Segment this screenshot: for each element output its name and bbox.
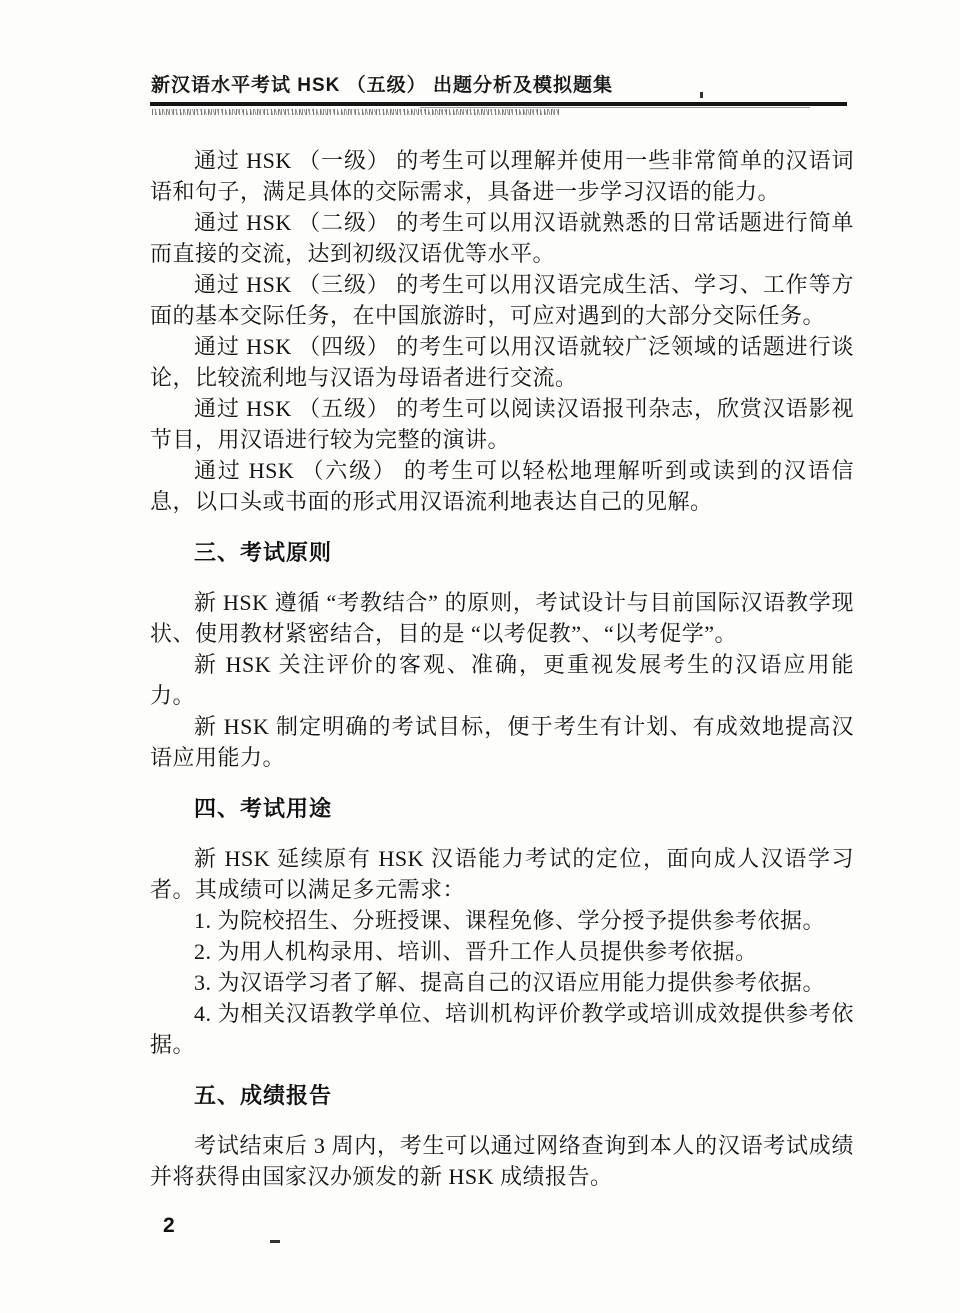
page-content: 通过 HSK （一级） 的考生可以理解并使用一些非常简单的汉语词语和句子，满足具… bbox=[150, 145, 854, 1192]
book-page: 新汉语水平考试 HSK （五级） 出题分析及模拟题集 通过 HSK （一级） 的… bbox=[0, 0, 960, 1313]
paragraph-uses-intro: 新 HSK 延续原有 HSK 汉语能力考试的定位，面向成人汉语学习者。其成绩可以… bbox=[150, 843, 854, 905]
uses-numbered-list: 1. 为院校招生、分班授课、课程免修、学分授予提供参考依据。 2. 为用人机构录… bbox=[150, 905, 854, 1060]
section-heading-exam-uses: 四、考试用途 bbox=[150, 794, 854, 824]
section-heading-score-report: 五、成绩报告 bbox=[150, 1081, 854, 1111]
paragraph-hsk-level-2: 通过 HSK （二级） 的考生可以用汉语就熟悉的日常话题进行简单而直接的交流，达… bbox=[150, 207, 854, 269]
section-heading-exam-principles: 三、考试原则 bbox=[150, 538, 854, 568]
page-number: 2 bbox=[163, 1214, 175, 1238]
list-item-1: 1. 为院校招生、分班授课、课程免修、学分授予提供参考依据。 bbox=[150, 905, 854, 936]
paragraph-hsk-level-3: 通过 HSK （三级） 的考生可以用汉语完成生活、学习、工作等方面的基本交际任务… bbox=[150, 269, 854, 331]
paragraph-hsk-level-5: 通过 HSK （五级） 的考生可以阅读汉语报刊杂志，欣赏汉语影视节目，用汉语进行… bbox=[150, 393, 854, 455]
paragraph-hsk-level-4: 通过 HSK （四级） 的考生可以用汉语就较广泛领域的话题进行谈论，比较流利地与… bbox=[150, 331, 854, 393]
list-item-4: 4. 为相关汉语教学单位、培训机构评价教学或培训成效提供参考依据。 bbox=[150, 998, 854, 1060]
paragraph-principles-2: 新 HSK 关注评价的客观、准确，更重视发展考生的汉语应用能力。 bbox=[150, 649, 854, 711]
paragraph-hsk-level-1: 通过 HSK （一级） 的考生可以理解并使用一些非常简单的汉语词语和句子，满足具… bbox=[150, 145, 854, 207]
paragraph-principles-3: 新 HSK 制定明确的考试目标，便于考生有计划、有成效地提高汉语应用能力。 bbox=[150, 711, 854, 773]
header-rule bbox=[150, 102, 847, 106]
scan-artifact-dot bbox=[700, 92, 703, 98]
scan-artifact-dash bbox=[270, 1240, 280, 1243]
running-head-title: 新汉语水平考试 HSK （五级） 出题分析及模拟题集 bbox=[151, 70, 851, 97]
header-rule-thin-line bbox=[420, 107, 810, 108]
header-scan-noise-band bbox=[152, 109, 560, 115]
list-item-3: 3. 为汉语学习者了解、提高自己的汉语应用能力提供参考依据。 bbox=[150, 967, 854, 998]
paragraph-principles-1: 新 HSK 遵循 “考教结合” 的原则，考试设计与目前国际汉语教学现状、使用教材… bbox=[150, 587, 854, 649]
list-item-2: 2. 为用人机构录用、培训、晋升工作人员提供参考依据。 bbox=[150, 936, 854, 967]
paragraph-hsk-level-6: 通过 HSK （六级） 的考生可以轻松地理解听到或读到的汉语信息，以口头或书面的… bbox=[150, 455, 854, 517]
paragraph-score-report: 考试结束后 3 周内，考生可以通过网络查询到本人的汉语考试成绩并将获得由国家汉办… bbox=[150, 1130, 854, 1192]
